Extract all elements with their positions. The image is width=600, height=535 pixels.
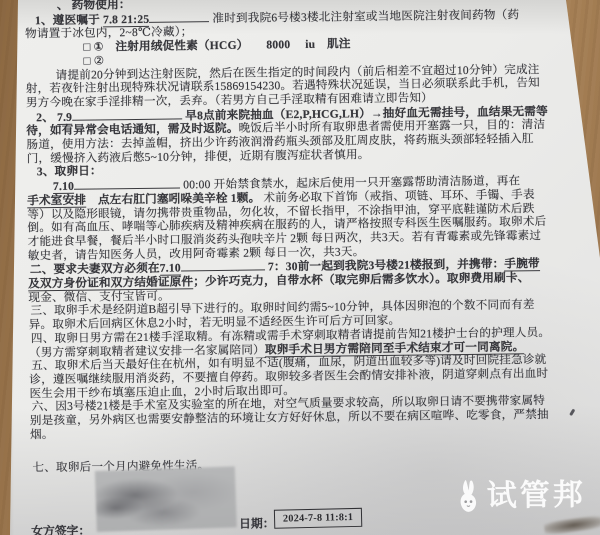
doc-text: 物请置于冰包内，2~8℃冷藏）； xyxy=(25,26,193,41)
doc-text: 7.9 xyxy=(57,110,72,124)
doc-text: 手术室安排 xyxy=(27,193,86,208)
doc-text: 3、取卵日： xyxy=(37,165,102,179)
fill-in-blank xyxy=(181,260,265,272)
document-lines: 、 药物使用：1、遵医嘱于 7.8 21:25 准时到我院6号楼3楼北注射室或当… xyxy=(23,0,591,475)
signature-label: 女方签字： xyxy=(31,522,90,535)
fill-in-blank xyxy=(149,11,209,23)
date-value-box: 2024-7-8 11:8:1 xyxy=(274,508,362,529)
doc-text: 二、要求夫妻双方必须在 xyxy=(30,262,160,277)
date-label: 日期： xyxy=(239,514,275,531)
doc-text: 7.10 xyxy=(53,180,74,194)
doc-text: □ ② xyxy=(83,54,104,67)
doc-text: 烟。 xyxy=(30,428,54,441)
doc-text: 1、遵医嘱于 xyxy=(35,13,103,27)
watermark: 试管邦 xyxy=(455,478,586,516)
fill-in-blank xyxy=(74,178,180,190)
doc-text: □ ① 注射用绒促性素（HCG） 8000 iu 肌注 xyxy=(83,37,351,53)
sheet-content: 、 药物使用：1、遵医嘱于 7.8 21:25 准时到我院6号楼3楼北注射室或当… xyxy=(0,0,600,535)
fill-in-blank xyxy=(72,108,182,120)
doc-text: 手腕带 xyxy=(504,257,540,271)
doc-text: 7.8 21:25 xyxy=(103,13,149,28)
doc-text: 点左右肛门塞吲哚美辛栓 1颗。 xyxy=(86,191,260,206)
doc-text: 7.10 xyxy=(160,262,181,276)
doc-text: 2、 xyxy=(36,111,57,124)
photo-of-document: { "watermark": { "brand": "试管邦", "icon":… xyxy=(0,0,600,535)
rabbit-icon xyxy=(455,479,482,515)
date-value: 2024-7-8 11:8:1 xyxy=(283,512,353,525)
signature-blur xyxy=(95,466,237,532)
brand-name: 试管邦 xyxy=(487,481,586,512)
doc-text: 、 药物使用： xyxy=(57,0,131,12)
